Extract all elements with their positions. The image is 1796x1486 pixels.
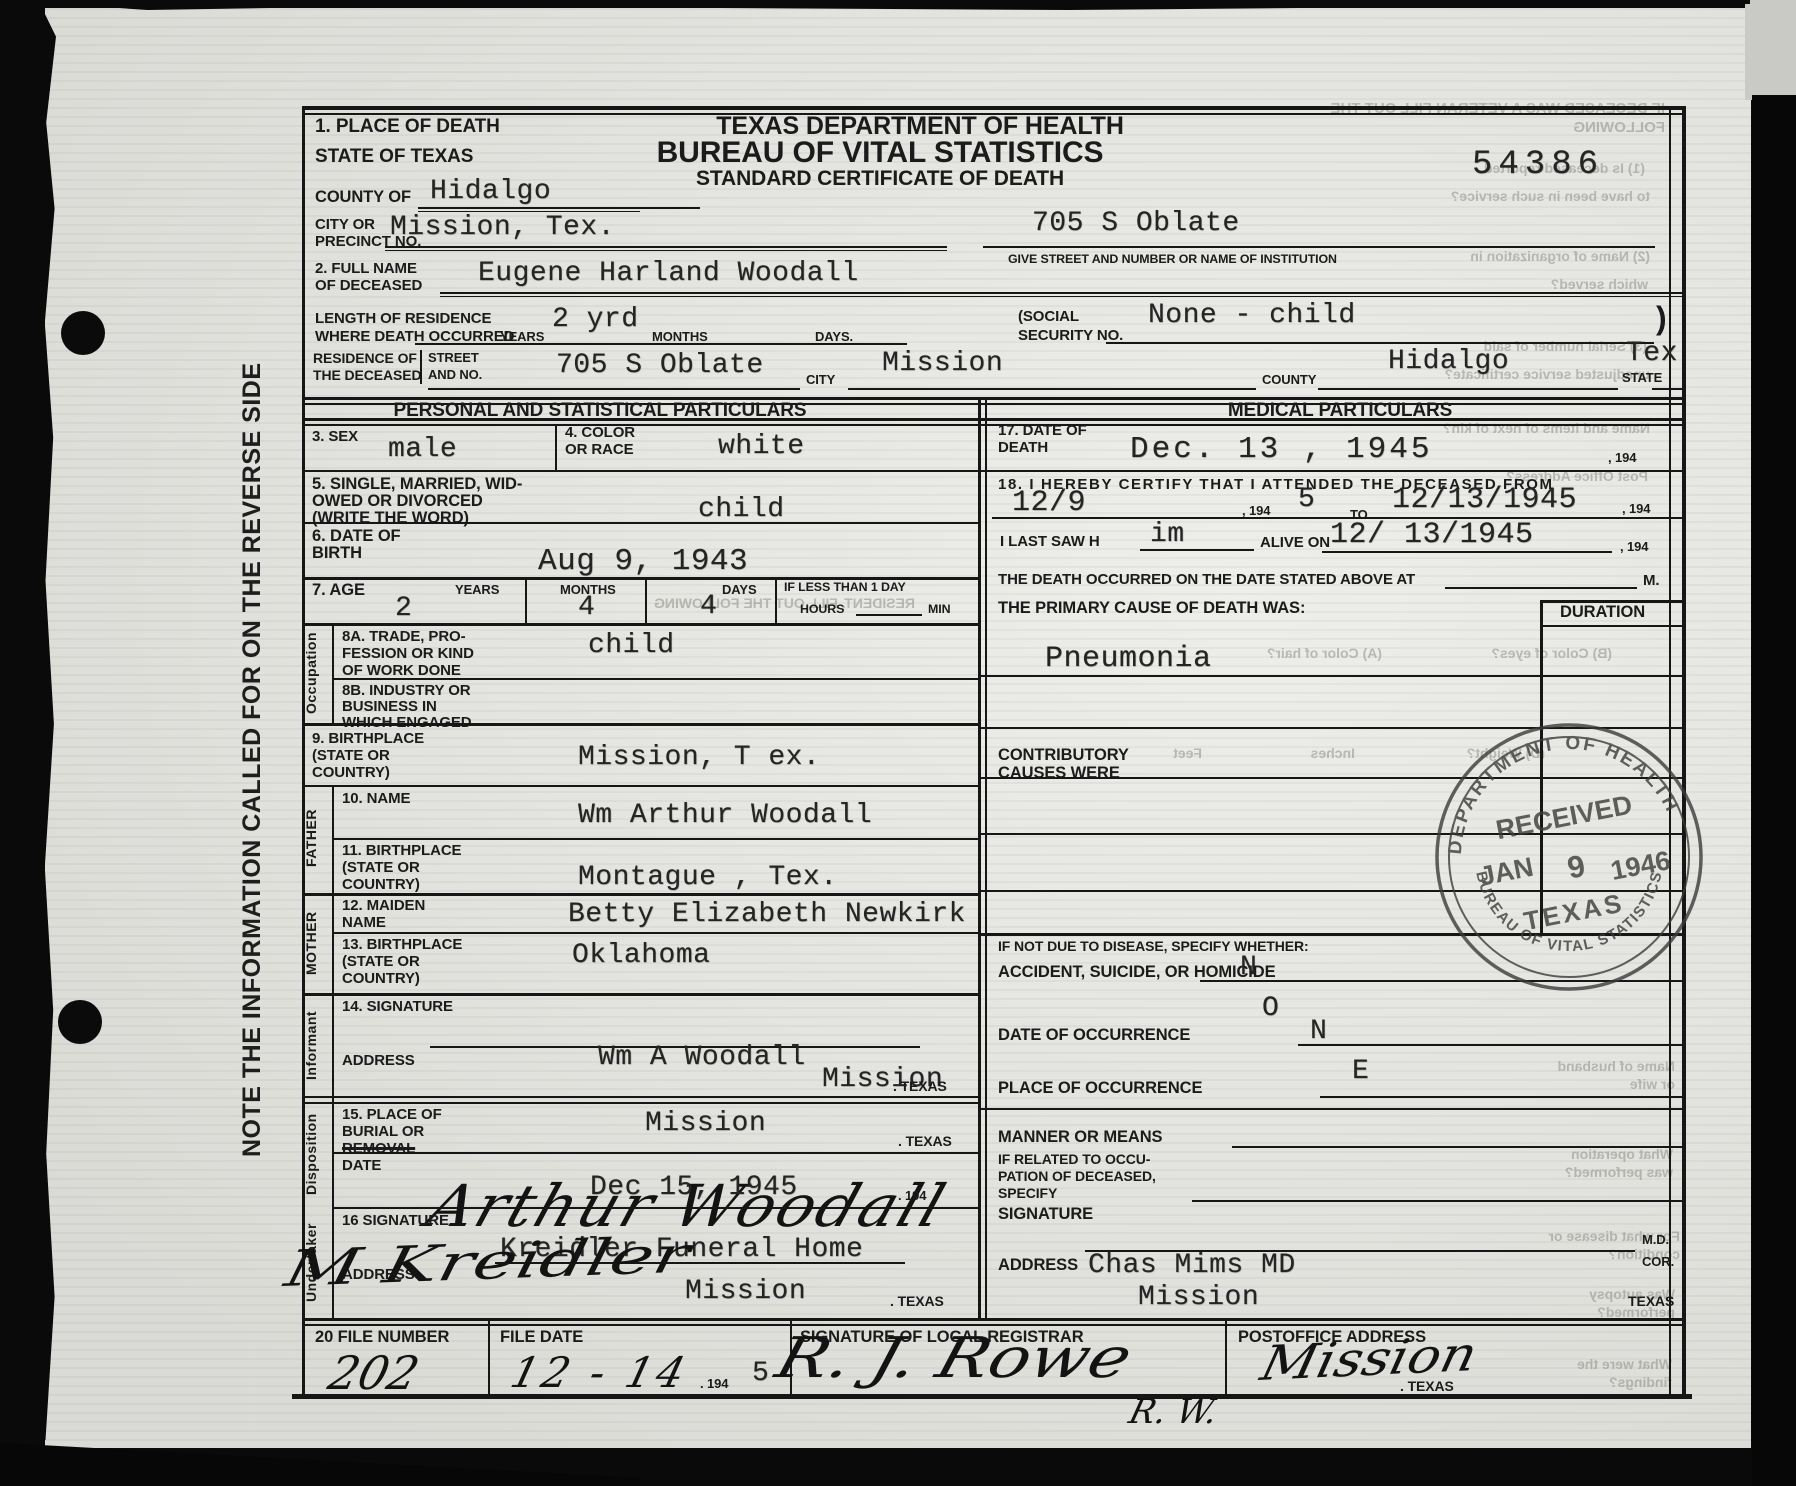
industry-label-1: 8B. INDUSTRY OR — [342, 682, 471, 699]
none-letter-4: E — [1352, 1056, 1369, 1087]
attended-until-value: 12/13/1945 — [1392, 483, 1577, 517]
punch-hole — [61, 311, 105, 355]
father-bp-value: Montague , Tex. — [578, 862, 838, 893]
rule — [302, 993, 978, 996]
age-days-value: 4 — [700, 591, 717, 622]
rule — [555, 424, 557, 470]
bleedthrough-text: Inches — [1275, 745, 1355, 763]
file-date-label: FILE DATE — [500, 1328, 583, 1347]
date-occurrence-label: DATE OF OCCURRENCE — [998, 1026, 1190, 1045]
rule — [978, 675, 1686, 677]
residence-length-value: 2 yrd — [552, 304, 639, 335]
rule — [440, 292, 1686, 294]
undertaker-sig-label: 16 SIGNATURE — [342, 1212, 449, 1229]
file-number-value: 202 — [323, 1346, 424, 1400]
scan-black-margin-right — [1752, 95, 1796, 1486]
bureau-title: BUREAU OF VITAL STATISTICS — [600, 136, 1160, 170]
marital-value: child — [698, 494, 785, 525]
mother-bp-label-3: COUNTRY) — [342, 970, 420, 987]
bleedthrough-text: Name and items of next of kin? — [1402, 420, 1650, 438]
fullname-value: Eugene Harland Woodall — [478, 258, 859, 289]
if-not-disease-label: IF NOT DUE TO DISEASE, SPECIFY WHETHER: — [998, 938, 1309, 954]
burial-label-3-struck: REMOVAL — [342, 1140, 415, 1157]
none-letter-2: O — [1262, 993, 1279, 1024]
rule — [302, 623, 978, 626]
bleedthrough-text: What operation was performed? — [1543, 1146, 1673, 1181]
burial-label-1: 15. PLACE OF — [342, 1106, 442, 1123]
rule — [302, 1096, 978, 1098]
street-no-label-2: AND NO. — [428, 367, 482, 382]
contributory-label-1: CONTRIBUTORY — [998, 746, 1129, 765]
burial-label-2: BURIAL OR — [342, 1123, 424, 1140]
none-letter-1: N — [1240, 952, 1257, 983]
rule — [440, 296, 1686, 297]
if-less-label: IF LESS THAN 1 DAY — [784, 580, 906, 594]
rule — [985, 397, 987, 1318]
informant-sig-label: 14. SIGNATURE — [342, 998, 453, 1015]
residence-city-value: Mission — [882, 348, 1003, 379]
county-label: COUNTY OF — [315, 188, 411, 207]
father-bp-label-1: 11. BIRTHPLACE — [342, 842, 461, 859]
received-stamp: DEPARTMENT OF HEALTH BUREAU OF VITAL STA… — [1414, 702, 1724, 1012]
fullname-label-1: 2. FULL NAME — [315, 260, 417, 277]
dod-label-1: 17. DATE OF — [998, 422, 1087, 439]
rule — [978, 397, 981, 1318]
bleedthrough-text: (2) Name of organization in — [1425, 248, 1650, 266]
rule — [415, 343, 907, 345]
death-certificate-scan: NOTE THE INFORMATION CALLED FOR ON THE R… — [0, 0, 1796, 1486]
rule — [385, 250, 947, 251]
birthplace-value: Mission, T ex. — [578, 742, 820, 773]
registrar-signature: R. J. Rowe — [769, 1326, 1140, 1391]
trade-label-3: OF WORK DONE — [342, 662, 461, 679]
residence-label-1: RESIDENCE OF — [313, 350, 417, 366]
street-no-label-1: STREET — [428, 350, 479, 365]
mother-bp-label-2: (STATE OR — [342, 953, 420, 970]
related-label-1: IF RELATED TO OCCU- — [998, 1151, 1150, 1167]
informant-state-label: . TEXAS — [893, 1078, 947, 1094]
undertaker-city-value: Mission — [685, 1276, 806, 1307]
residence-street-value: 705 S Oblate — [556, 350, 764, 381]
burial-date-label: DATE — [342, 1157, 381, 1174]
stamp-month-text: JAN — [1477, 852, 1536, 892]
residence-label-2: THE DECEASED — [313, 367, 421, 383]
residence-county-value: Hidalgo — [1388, 346, 1509, 377]
rule — [978, 470, 1686, 472]
hours-label: HOURS — [800, 602, 844, 616]
father-name-value: Wm Arthur Woodall — [578, 800, 872, 831]
rule — [332, 623, 334, 723]
bleedthrough-text: (A) Color of hair? — [1222, 645, 1382, 663]
physician-value: Chas Mims MD — [1088, 1250, 1296, 1281]
rule — [302, 106, 1686, 110]
dod-label-2: DEATH — [998, 439, 1048, 456]
street-value: 705 S Oblate — [1032, 208, 1240, 239]
state-small-label: STATE — [1622, 370, 1662, 385]
rule — [645, 577, 647, 623]
rule — [1106, 342, 1654, 344]
rule — [302, 1318, 1686, 1321]
bleedthrough-text: (B) Color of eyes? — [1452, 645, 1612, 663]
svg-text:DEPARTMENT OF HEALTH: DEPARTMENT OF HEALTH — [1434, 721, 1686, 857]
death-occurred-label: THE DEATH OCCURRED ON THE DATE STATED AB… — [998, 571, 1415, 588]
age-days-label: DAYS — [722, 582, 757, 597]
age-years-label: YEARS — [455, 582, 499, 597]
father-bp-label-2: (STATE OR — [342, 859, 420, 876]
manner-means-label: MANNER OR MEANS — [998, 1128, 1162, 1147]
physician-sig-label: SIGNATURE — [998, 1205, 1093, 1224]
rule — [1140, 549, 1254, 551]
informant-name-value: Wm A Woodall — [598, 1042, 806, 1073]
rule — [332, 932, 978, 934]
rule — [385, 246, 947, 248]
fullname-label-2: OF DECEASED — [315, 277, 422, 294]
burial-state-label: . TEXAS — [898, 1133, 952, 1149]
birthplace-label-2: (STATE OR — [312, 747, 390, 764]
bleedthrough-text: RESIDENT, FILL OUT THE FOLLOWING — [555, 595, 915, 613]
stamp-ring-top-text: DEPARTMENT OF HEALTH — [1434, 721, 1686, 857]
physician-state-label: TEXAS — [1628, 1293, 1674, 1309]
duration-label: DURATION — [1560, 603, 1645, 622]
m-label: M. — [1643, 572, 1659, 589]
bleedthrough-text: which served? — [1448, 276, 1648, 294]
trade-value: child — [588, 630, 675, 661]
rule — [1652, 388, 1686, 390]
residence-length-label-1: LENGTH OF RESIDENCE — [315, 310, 491, 327]
rule — [1298, 1044, 1686, 1046]
last-saw-date-value: 12/ 13/1945 — [1330, 518, 1534, 552]
postoffice-state-label: . TEXAS — [1400, 1378, 1454, 1394]
alive-on-label: ALIVE ON — [1260, 534, 1330, 551]
city-small-label: CITY — [806, 372, 835, 387]
dob-label-2: BIRTH — [312, 544, 362, 563]
undertaker-state-label: . TEXAS — [890, 1293, 944, 1309]
bleedthrough-text: What were the findings? — [1542, 1356, 1672, 1391]
margin-note: NOTE THE INFORMATION CALLED FOR ON THE R… — [238, 322, 274, 1198]
rule — [428, 388, 800, 390]
residence-state-value: Tex — [1626, 338, 1678, 369]
certificate-number: 54386 — [1472, 146, 1604, 184]
punch-hole — [58, 1000, 102, 1044]
maiden-value: Betty Elizabeth Newkirk — [568, 899, 966, 930]
sex-value: male — [388, 434, 457, 465]
min-label: MIN — [928, 602, 950, 616]
informant-group-label: Informant — [303, 993, 332, 1098]
birthplace-label-3: COUNTRY) — [312, 764, 390, 781]
county-value: Hidalgo — [430, 176, 551, 207]
rule — [292, 1394, 1692, 1399]
rule — [302, 522, 978, 524]
dod-194-label: , 194 — [1608, 450, 1636, 465]
days-label: DAYS. — [815, 329, 853, 344]
mother-bp-label-1: 13. BIRTHPLACE — [342, 936, 462, 953]
mother-bp-value: Oklahoma — [572, 940, 710, 971]
rule — [332, 1207, 978, 1209]
dod-value: Dec. 13 , 1945 — [1130, 432, 1432, 467]
color-label-2: OR RACE — [565, 441, 633, 458]
none-letter-3: N — [1310, 1016, 1327, 1047]
cor-label: COR. — [1642, 1254, 1674, 1269]
color-label-1: 4. COLOR — [565, 424, 635, 441]
rule — [978, 1108, 1686, 1110]
scanner-edge — [1745, 0, 1796, 100]
rule — [332, 838, 978, 840]
stamp-day-text: 9 — [1564, 848, 1588, 886]
rule — [775, 577, 777, 623]
age-months-value: 4 — [578, 592, 595, 623]
informant-address-label: ADDRESS — [342, 1052, 415, 1069]
color-value: white — [718, 431, 805, 462]
rule — [302, 723, 978, 726]
last-saw-label: I LAST SAW H — [1000, 533, 1100, 550]
rule — [488, 1318, 490, 1396]
occupation-group-label: Occupation — [303, 623, 332, 723]
rule — [302, 424, 1686, 426]
rule — [848, 388, 1256, 390]
primary-cause-value: Pneumonia — [1045, 642, 1212, 676]
paren-mark: ) — [1656, 300, 1667, 337]
maiden-label-1: 12. MAIDEN — [342, 897, 425, 914]
rule — [302, 893, 978, 896]
street-note: GIVE STREET AND NUMBER OR NAME OF INSTIT… — [1008, 252, 1337, 266]
stamp-received-text: RECEIVED — [1493, 789, 1634, 845]
rule — [1540, 625, 1686, 627]
rule — [302, 418, 1686, 421]
marital-label-3: (WRITE THE WORD) — [312, 509, 469, 528]
mother-group-label: MOTHER — [303, 893, 332, 993]
lastsaw-194-label: , 194 — [1620, 539, 1648, 554]
rule — [302, 470, 978, 472]
file-date-5-value: 5 — [752, 1358, 769, 1389]
certify-194-label: , 194 — [1242, 503, 1270, 518]
rule — [983, 246, 1655, 248]
industry-label-2: BUSINESS IN — [342, 698, 437, 715]
father-name-label: 10. NAME — [342, 790, 410, 807]
rule — [1232, 1146, 1686, 1148]
file-date-194-label: . 194 — [700, 1376, 728, 1391]
rule — [1320, 1096, 1686, 1098]
rule — [332, 678, 978, 680]
standard-title: STANDARD CERTIFICATE OF DEATH — [620, 167, 1140, 191]
related-label-2: PATION OF DECEASED, — [998, 1168, 1156, 1184]
age-years-value: 2 — [395, 593, 412, 624]
disposition-group-label: Disposition — [303, 1102, 332, 1207]
burial-place-value: Mission — [645, 1108, 766, 1139]
related-label-3: SPECIFY — [998, 1185, 1057, 1201]
rule — [525, 577, 527, 623]
maiden-label-2: NAME — [342, 914, 386, 931]
trade-label-1: 8A. TRADE, PRO- — [342, 628, 466, 645]
social-label-1: (SOCIAL — [1018, 308, 1079, 325]
file-number-label: 20 FILE NUMBER — [315, 1328, 449, 1347]
certify-194b-label: , 194 — [1622, 501, 1650, 516]
father-group-label: FATHER — [303, 785, 332, 891]
birthplace-label-1: 9. BIRTHPLACE — [312, 730, 424, 747]
rule — [420, 350, 422, 384]
place-occurrence-label: PLACE OF OCCURRENCE — [998, 1079, 1202, 1098]
rule — [1318, 388, 1618, 390]
social-value: None - child — [1148, 300, 1356, 331]
city-label: CITY OR — [315, 216, 375, 233]
years-label: YEARS — [500, 329, 544, 344]
rule — [1225, 1318, 1227, 1396]
burial-date-value: Dec 15, 1945 — [590, 1172, 798, 1203]
rule — [302, 785, 978, 787]
burial-194-label: . 194 — [898, 1188, 926, 1203]
place-of-death-label: 1. PLACE OF DEATH — [315, 116, 500, 138]
rule — [1322, 551, 1612, 553]
trade-label-2: FESSION OR KIND — [342, 645, 474, 662]
md-label: M.D. — [1642, 1232, 1669, 1247]
file-date-value: 12 - 14 — [506, 1348, 694, 1397]
age-label: 7. AGE — [312, 581, 365, 600]
rule — [1445, 587, 1637, 589]
primary-cause-label: THE PRIMARY CAUSE OF DEATH WAS: — [998, 599, 1305, 618]
attended-from-value: 12/9 — [1012, 486, 1086, 520]
sex-label: 3. SEX — [312, 428, 358, 445]
bleedthrough-text: Feet — [1142, 745, 1202, 763]
registrar-initials: R. W. — [1125, 1392, 1222, 1432]
rule — [856, 614, 922, 616]
physician-city-value: Mission — [1138, 1282, 1259, 1313]
rule — [1192, 1200, 1686, 1202]
city-value: Mission, Tex. — [390, 212, 615, 243]
contributory-label-2: CAUSES WERE — [998, 764, 1120, 783]
bleedthrough-text: to have been in such service? — [1420, 188, 1650, 206]
rule — [302, 1102, 978, 1104]
rule — [418, 207, 700, 209]
physician-address-label: ADDRESS — [998, 1256, 1078, 1275]
months-label: MONTHS — [652, 329, 708, 344]
county-small-label: COUNTY — [1262, 372, 1316, 387]
rule — [332, 1152, 978, 1154]
him-value: im — [1150, 519, 1185, 550]
father-bp-label-3: COUNTRY) — [342, 876, 420, 893]
bleedthrough-text: Name of husband or wife — [1545, 1058, 1675, 1093]
state-of-texas-label: STATE OF TEXAS — [315, 146, 473, 168]
dob-value: Aug 9, 1943 — [538, 544, 748, 579]
certify-year5-value: 5 — [1298, 484, 1315, 515]
